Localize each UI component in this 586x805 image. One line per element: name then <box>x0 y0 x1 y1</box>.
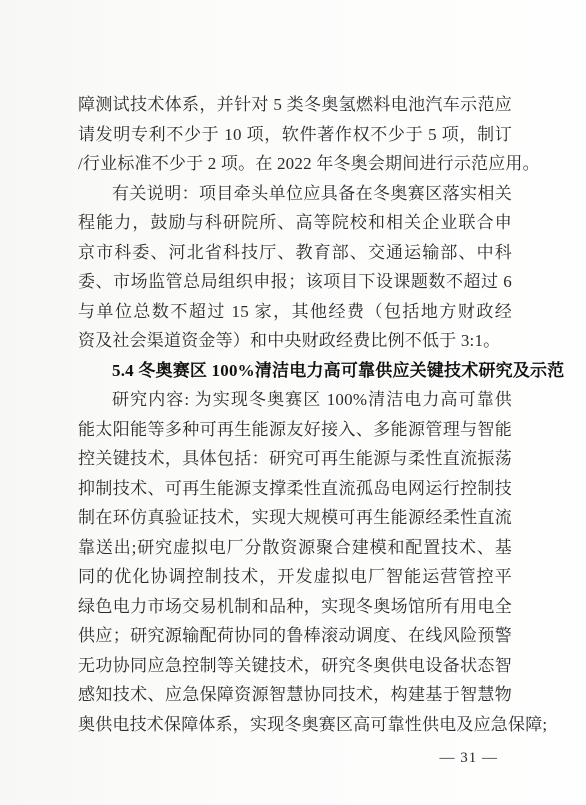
text-line: 控关键技术，具体包括：研究可再生能源与柔性直流振荡机理及 <box>78 444 512 474</box>
text-line: 抑制技术、可再生能源支撑柔性直流孤岛电网运行控制技术、控 <box>78 474 512 504</box>
text-line: 5.4 冬奥赛区 100%清洁电力高可靠供应关键技术研究及示范 <box>78 356 512 386</box>
text-line: 委、市场监管总局组织申报；该项目下设课题数不超过 6 个，参 <box>78 267 512 297</box>
text-line: 绿色电力市场交易机制和品种，实现冬奥场馆所有用电全部绿色 <box>78 592 512 622</box>
text-line: 与单位总数不超过 15 家，其他经费（包括地方财政经费、单位出 <box>78 297 512 327</box>
text-line: 京市科委、河北省科技厅、教育部、交通运输部、中科院、国资 <box>78 238 512 268</box>
text-line: 靠送出;研究虚拟电厂分散资源聚合建模和配置技术、基于边云协 <box>78 533 512 563</box>
page-footer: — 31 — <box>440 749 499 767</box>
text-line: 能太阳能等多种可再生能源友好接入、多能源管理与智能供能调 <box>78 415 512 445</box>
text-line: 无功协同应急控制等关键技术，研究冬奥供电设备状态智慧全景 <box>78 651 512 681</box>
paragraph-body: 研究内容: 为实现冬奥赛区 100%清洁电力高可靠供电,突破风能太阳能等多种可再… <box>78 385 512 739</box>
text-line: 研究内容: 为实现冬奥赛区 100%清洁电力高可靠供电,突破风 <box>78 385 512 415</box>
text-line: 供应；研究源输配荷协同的鲁棒滚动调度、在线风险预警与有功 <box>78 621 512 651</box>
text-line: 制在环仿真验证技术，实现大规模可再生能源经柔性直流安全可 <box>78 503 512 533</box>
text-line: 障测试技术体系，并针对 5 类冬奥氢燃料电池汽车示范应用。申 <box>78 90 512 120</box>
text-line: 请发明专利不少于 10 项，软件著作权不少于 5 项，制订国际/国家 <box>78 120 512 150</box>
paragraph-body: 障测试技术体系，并针对 5 类冬奥氢燃料电池汽车示范应用。申请发明专利不少于 1… <box>78 90 512 179</box>
page-number: — 31 — <box>440 750 499 766</box>
text-line: /行业标准不少于 2 项。在 2022 年冬奥会期间进行示范应用。 <box>78 149 512 179</box>
text-line: 感知技术、应急保障资源智慧协同技术，构建基于智慧物联的冬 <box>78 680 512 710</box>
text-line: 同的优化协调控制技术，开发虚拟电厂智能运营管控平台，创新 <box>78 562 512 592</box>
document-page: 障测试技术体系，并针对 5 类冬奥氢燃料电池汽车示范应用。申请发明专利不少于 1… <box>0 0 586 805</box>
document-content: 障测试技术体系，并针对 5 类冬奥氢燃料电池汽车示范应用。申请发明专利不少于 1… <box>78 90 512 739</box>
paragraph-note: 有关说明：项目牵头单位应具备在冬奥赛区落实相关示范工程能力，鼓励与科研院所、高等… <box>78 179 512 356</box>
text-line: 有关说明：项目牵头单位应具备在冬奥赛区落实相关示范工 <box>78 179 512 209</box>
text-line: 资及社会渠道资金等）和中央财政经费比例不低于 3:1。 <box>78 326 512 356</box>
paragraph-heading: 5.4 冬奥赛区 100%清洁电力高可靠供应关键技术研究及示范 <box>78 356 512 386</box>
text-line: 程能力，鼓励与科研院所、高等院校和相关企业联合申报；由北 <box>78 208 512 238</box>
text-line: 奥供电技术保障体系，实现冬奥赛区高可靠性供电及应急保障; <box>78 710 512 740</box>
